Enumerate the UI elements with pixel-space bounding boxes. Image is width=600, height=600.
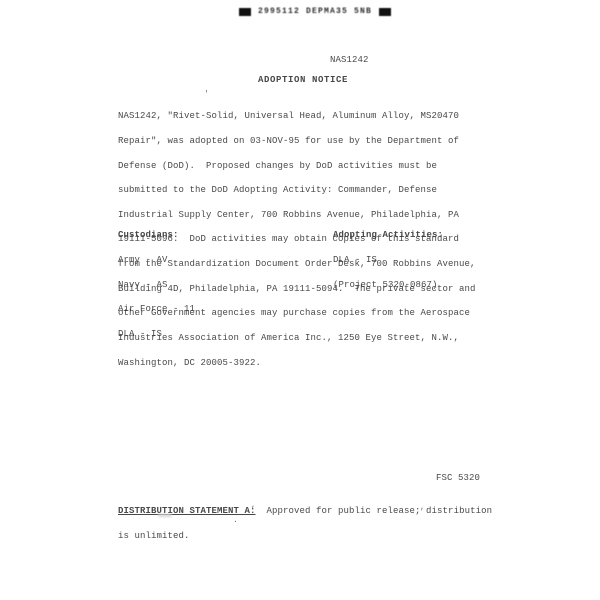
- document-control-stamp: 2995112 DEPMA35 5NB: [239, 7, 391, 16]
- distribution-line1: DISTRIBUTION STATEMENT A: Approved for p…: [118, 507, 494, 515]
- body-line: submitted to the DoD Adopting Activity: …: [118, 186, 490, 194]
- document-number: NAS1242: [330, 56, 369, 64]
- body-line: Defense (DoD). Proposed changes by DoD a…: [118, 162, 490, 170]
- fsc-code: FSC 5320: [436, 474, 480, 482]
- scan-speck: ,: [251, 502, 256, 510]
- scan-speck: .: [233, 517, 238, 525]
- stamp-text: 2995112 DEPMA35 5NB: [258, 7, 372, 16]
- scan-speck: ': [204, 91, 209, 99]
- scanned-document-page: 2995112 DEPMA35 5NB NAS1242 ADOPTION NOT…: [0, 0, 600, 600]
- custodian-item: Air Force - 11: [118, 305, 195, 313]
- body-line: Repair", was adopted on 03-NOV-95 for us…: [118, 137, 490, 145]
- distribution-statement-label: DISTRIBUTION STATEMENT A:: [118, 506, 256, 516]
- adopting-activities-heading: Adopting Activities:: [333, 231, 443, 239]
- distribution-text-line2: is unlimited.: [118, 532, 494, 540]
- distribution-statement: DISTRIBUTION STATEMENT A: Approved for p…: [118, 491, 494, 557]
- scan-speck: ,: [420, 504, 425, 512]
- adopting-activity-item: DLA - IS: [333, 256, 443, 264]
- body-line: Washington, DC 20005-3922.: [118, 359, 490, 367]
- stamp-left-block-icon: [239, 8, 251, 16]
- adopting-activities-section: Adopting Activities: DLA - IS (Project 5…: [333, 215, 443, 305]
- adopting-project-number: (Project 5320-0867): [333, 281, 443, 289]
- scan-smudge: [158, 514, 172, 517]
- body-line: NAS1242, "Rivet-Solid, Universal Head, A…: [118, 112, 490, 120]
- custodians-heading: Custodians:: [118, 231, 195, 239]
- custodians-section: Custodians: Army - AV Navy - AS Air Forc…: [118, 215, 195, 354]
- custodian-item: Navy - AS: [118, 281, 195, 289]
- custodian-item: Army - AV: [118, 256, 195, 264]
- page-title: ADOPTION NOTICE: [258, 76, 348, 84]
- stamp-right-block-icon: [379, 8, 391, 16]
- custodian-item: DLA - IS: [118, 330, 195, 338]
- distribution-text-line1: Approved for public release; distributio…: [256, 506, 493, 516]
